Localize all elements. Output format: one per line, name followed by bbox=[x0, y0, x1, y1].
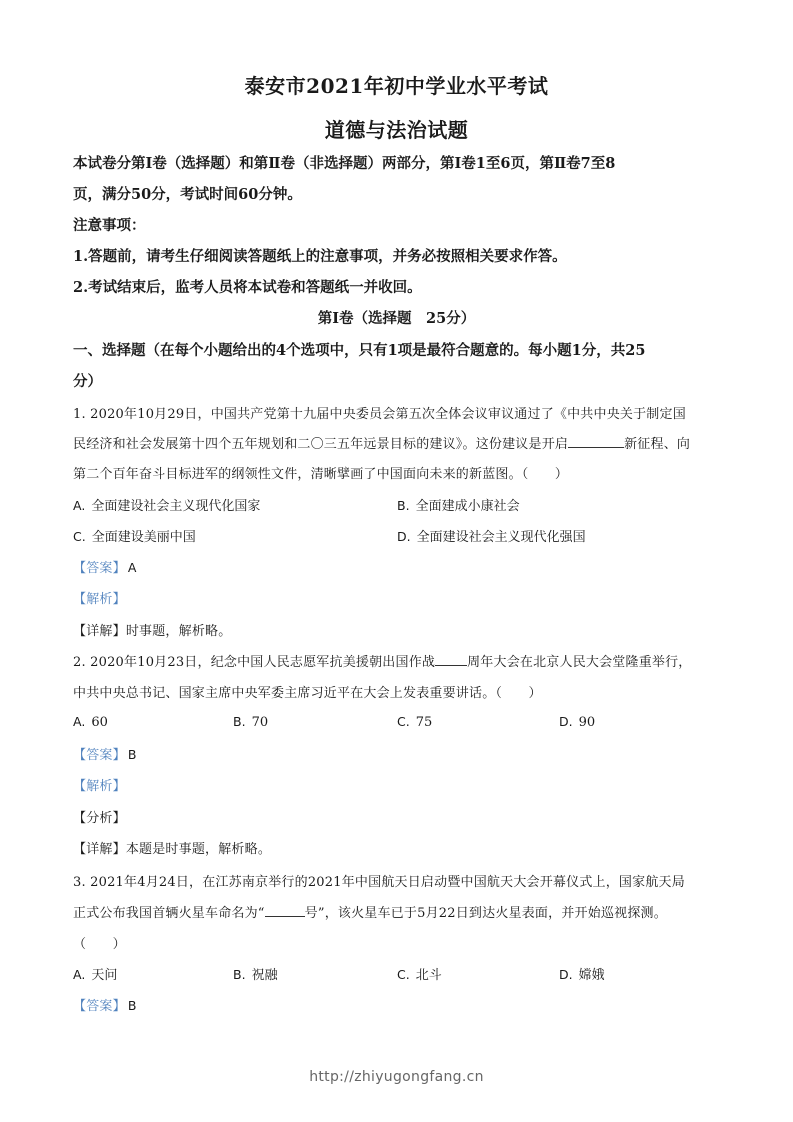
q2-option-b: B.70 bbox=[233, 714, 268, 730]
intro-line-2: 页，满分50分，考试时间60分钟。 bbox=[73, 183, 733, 204]
answer-label: 【答案】 bbox=[73, 561, 126, 576]
note-2: 2.考试结束后，监考人员将本试卷和答题纸一并收回。 bbox=[73, 276, 733, 297]
q1-stem-line-2a: 民经济和社会发展第十四个五年规划和二〇三五年远景目标的建议》。这份建议是开启 bbox=[73, 437, 568, 452]
q3-option-a: A.天问 bbox=[73, 964, 117, 983]
intro-line-1: 本试卷分第Ⅰ卷（选择题）和第Ⅱ卷（非选择题）两部分，第Ⅰ卷1至6页，第Ⅱ卷7至8 bbox=[73, 152, 733, 173]
q2-stem-line-1a: 2. 2020年10月23日，纪念中国人民志愿军抗美援朝出国作战 bbox=[73, 655, 435, 670]
q1-detail: 【详解】时事题，解析略。 bbox=[73, 620, 733, 639]
q2-answer-value: B bbox=[128, 747, 137, 762]
exam-page: 泰安市2021年初中学业水平考试 道德与法治试题 本试卷分第Ⅰ卷（选择题）和第Ⅱ… bbox=[0, 0, 793, 1122]
q3-stem-line-2a: 正式公布我国首辆火星车命名为“ bbox=[73, 906, 265, 921]
q3-stem-line-1: 3. 2021年4月24日，在江苏南京举行的2021年中国航天日启动暨中国航天大… bbox=[73, 871, 733, 890]
q1-stem-line-2b: 新征程、向 bbox=[624, 437, 690, 452]
q1-answer: 【答案】A bbox=[73, 557, 733, 576]
q3-answer: 【答案】B bbox=[73, 995, 733, 1014]
q2-stem-line-1b: 周年大会在北京人民大会堂隆重举行， bbox=[467, 655, 691, 670]
q1-option-c: C.全面建设美丽中国 bbox=[73, 526, 196, 545]
q2-analysis: 【解析】 bbox=[73, 775, 733, 794]
q2-answer: 【答案】B bbox=[73, 744, 733, 763]
q2-option-a: A.60 bbox=[73, 714, 108, 730]
analysis-label: 【解析】 bbox=[73, 592, 126, 607]
q2-stem-line-2: 中共中央总书记、国家主席中央军委主席习近平在大会上发表重要讲话。（ ） bbox=[73, 682, 733, 701]
breakdown-label: 【分析】 bbox=[73, 811, 126, 826]
q3-option-b: B.祝融 bbox=[233, 964, 278, 983]
section-instructions-line-2: 分） bbox=[73, 370, 733, 391]
detail-label: 【详解】 bbox=[73, 624, 126, 639]
detail-label: 【详解】 bbox=[73, 842, 126, 857]
q1-option-a: A.全面建设社会主义现代化国家 bbox=[73, 495, 260, 514]
q3-option-d: D.嫦娥 bbox=[559, 964, 605, 983]
q1-stem-line-2: 民经济和社会发展第十四个五年规划和二〇三五年远景目标的建议》。这份建议是开启新征… bbox=[73, 433, 733, 452]
section-instructions-line-1: 一、选择题（在每个小题给出的4个选项中，只有1项是最符合题意的。每小题1分，共2… bbox=[73, 339, 733, 360]
q3-stem-line-2b: 号”，该火星车已于5月22日到达火星表面，并开始巡视探测。 bbox=[305, 906, 667, 921]
q1-answer-value: A bbox=[128, 560, 137, 575]
q3-stem-line-3: （ ） bbox=[73, 933, 733, 952]
answer-label: 【答案】 bbox=[73, 748, 126, 763]
q1-fill-blank bbox=[568, 435, 624, 448]
q2-stem-line-1: 2. 2020年10月23日，纪念中国人民志愿军抗美援朝出国作战周年大会在北京人… bbox=[73, 651, 733, 670]
q2-fill-blank bbox=[435, 653, 467, 666]
exam-subtitle: 道德与法治试题 bbox=[0, 114, 793, 143]
q1-option-b: B.全面建成小康社会 bbox=[397, 495, 520, 514]
q2-detail: 【详解】本题是时事题，解析略。 bbox=[73, 838, 733, 857]
q2-breakdown: 【分析】 bbox=[73, 807, 733, 826]
q1-analysis: 【解析】 bbox=[73, 588, 733, 607]
q1-stem-line-1: 1. 2020年10月29日，中国共产党第十九届中央委员会第五次全体会议审议通过… bbox=[73, 403, 733, 422]
analysis-label: 【解析】 bbox=[73, 779, 126, 794]
q2-option-c: C.75 bbox=[397, 714, 432, 730]
q3-answer-value: B bbox=[128, 998, 137, 1013]
notes-heading: 注意事项： bbox=[73, 214, 733, 235]
q3-fill-blank bbox=[265, 904, 305, 917]
section-heading: 第Ⅰ卷（选择题 25分） bbox=[0, 307, 793, 328]
answer-label: 【答案】 bbox=[73, 999, 126, 1014]
q1-detail-text: 时事题，解析略。 bbox=[126, 624, 232, 639]
footer-url[interactable]: http://zhiyugongfang.cn bbox=[0, 1069, 793, 1085]
exam-title: 泰安市2021年初中学业水平考试 bbox=[0, 70, 793, 99]
q1-option-d: D.全面建设社会主义现代化强国 bbox=[397, 526, 586, 545]
q2-option-d: D.90 bbox=[559, 714, 595, 730]
note-1: 1.答题前，请考生仔细阅读答题纸上的注意事项，并务必按照相关要求作答。 bbox=[73, 245, 733, 266]
q2-detail-text: 本题是时事题，解析略。 bbox=[126, 842, 271, 857]
q3-stem-line-2: 正式公布我国首辆火星车命名为“号”，该火星车已于5月22日到达火星表面，并开始巡… bbox=[73, 902, 733, 921]
q1-stem-line-3: 第二个百年奋斗目标进军的纲领性文件，清晰擘画了中国面向未来的新蓝图。（ ） bbox=[73, 463, 733, 482]
q3-option-c: C.北斗 bbox=[397, 964, 442, 983]
